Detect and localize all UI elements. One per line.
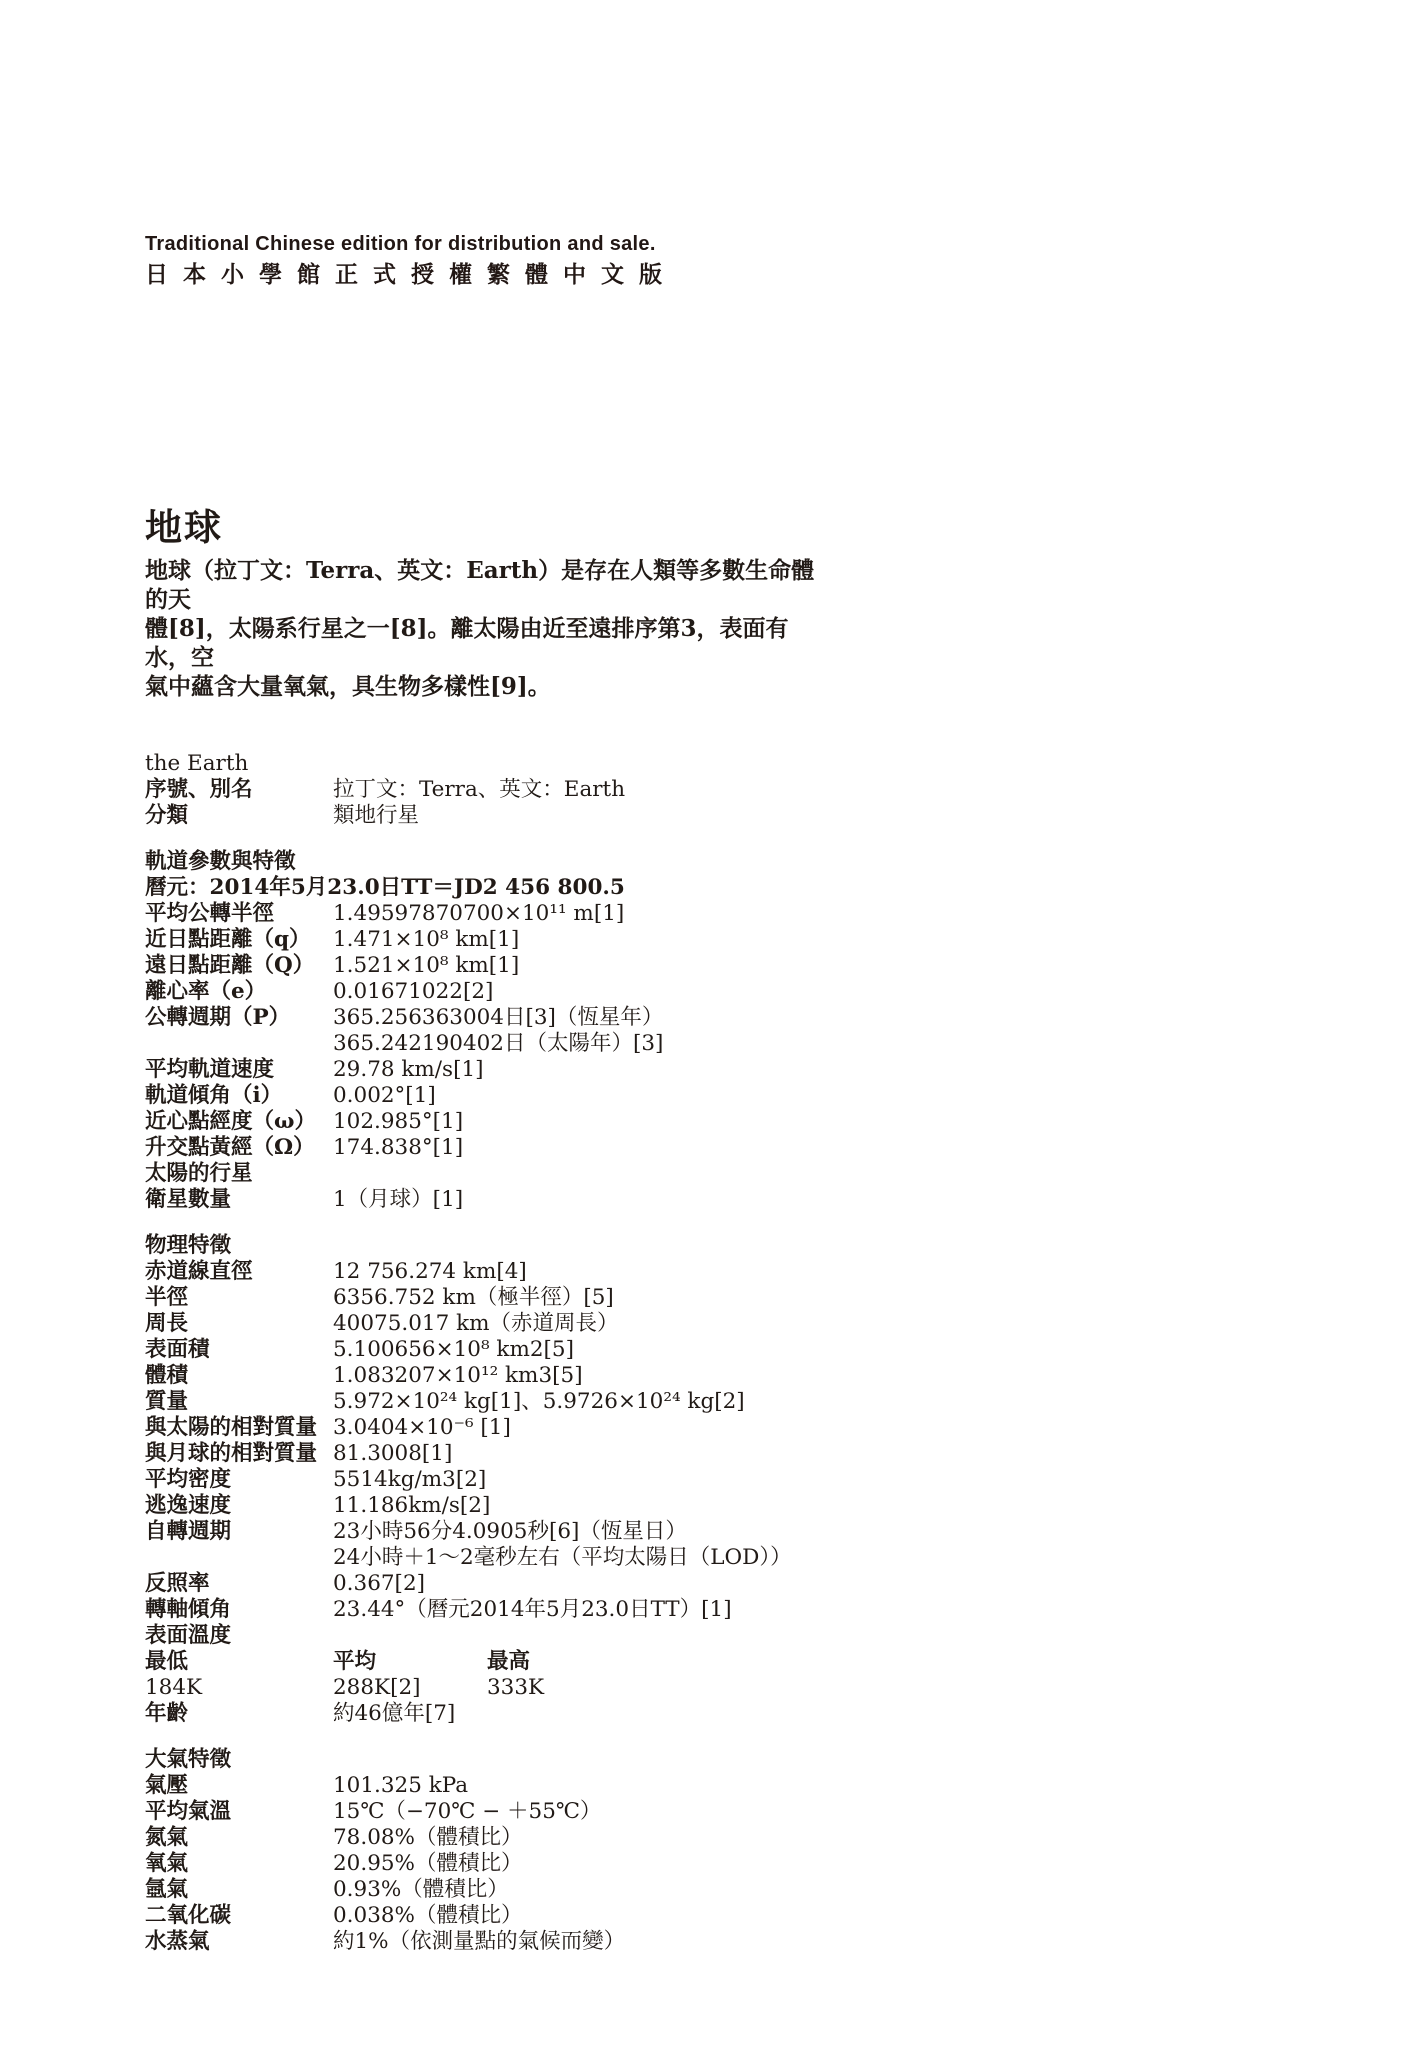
row-value: 11.186km/s[2] [333, 1493, 1342, 1519]
row-label: 半徑 [145, 1285, 333, 1311]
row-value-line2: 24小時＋1～2毫秒左右（平均太陽日（LOD）） [333, 1545, 1342, 1571]
row-value-line1: 23小時56分4.0905秒[6]（恆星日） [333, 1519, 1342, 1545]
row-value: 0.01671022[2] [333, 979, 1342, 1005]
row-value: 1.49597870700×10¹¹ m[1] [333, 901, 1342, 927]
row-label: 水蒸氣 [145, 1929, 333, 1955]
row-orbital-speed: 平均軌道速度 29.78 km/s[1] [145, 1057, 1342, 1083]
row-escape-velocity: 逃逸速度 11.186km/s[2] [145, 1493, 1342, 1519]
row-perihelion: 近日點距離（q） 1.471×10⁸ km[1] [145, 927, 1342, 953]
row-label: 質量 [145, 1389, 333, 1415]
row-value: 類地行星 [333, 803, 1342, 829]
row-label: 近日點距離（q） [145, 927, 333, 953]
temp-col-avg-header: 平均 [333, 1649, 487, 1675]
row-value: 6356.752 km（極半徑）[5] [333, 1285, 1342, 1311]
row-value: 3.0404×10⁻⁶ [1] [333, 1415, 1342, 1441]
row-label: 氣壓 [145, 1773, 333, 1799]
row-semimajor-axis: 平均公轉半徑 1.49597870700×10¹¹ m[1] [145, 901, 1342, 927]
row-pressure: 氣壓 101.325 kPa [145, 1773, 1342, 1799]
infobox-subtitle: the Earth [145, 751, 1342, 777]
row-radius: 半徑 6356.752 km（極半徑）[5] [145, 1285, 1342, 1311]
temp-col-min-header: 最低 [145, 1649, 333, 1675]
row-value: 23.44°（曆元2014年5月23.0日TT）[1] [333, 1597, 1342, 1623]
row-label: 離心率（e） [145, 979, 333, 1005]
row-label: 與月球的相對質量 [145, 1441, 333, 1467]
surface-temperature-label: 表面溫度 [145, 1623, 1342, 1649]
page-title: 地球 [145, 506, 1342, 548]
planet-of-sun-note: 太陽的行星 [145, 1161, 1342, 1187]
row-value: 1.471×10⁸ km[1] [333, 927, 1342, 953]
row-value: 12 756.274 km[4] [333, 1259, 1342, 1285]
row-value: 102.985°[1] [333, 1109, 1342, 1135]
row-mean-temperature: 平均氣溫 15℃（−70℃ − ＋55℃） [145, 1799, 1342, 1825]
row-label: 軌道傾角（i） [145, 1083, 333, 1109]
row-value: 5514kg/m3[2] [333, 1467, 1342, 1493]
temperature-values-row: 184K 288K[2] 333K [145, 1675, 1342, 1701]
row-label: 與太陽的相對質量 [145, 1415, 333, 1441]
row-label: 反照率 [145, 1571, 333, 1597]
row-value: 15℃（−70℃ − ＋55℃） [333, 1799, 1342, 1825]
row-label: 體積 [145, 1363, 333, 1389]
row-label: 轉軸傾角 [145, 1597, 333, 1623]
row-rotation-period: 自轉週期 23小時56分4.0905秒[6]（恆星日）24小時＋1～2毫秒左右（… [145, 1519, 1342, 1571]
row-label: 近心點經度（ω） [145, 1109, 333, 1135]
row-value: 23小時56分4.0905秒[6]（恆星日）24小時＋1～2毫秒左右（平均太陽日… [333, 1519, 1342, 1571]
row-label: 分類 [145, 803, 333, 829]
temp-min-value: 184K [145, 1675, 333, 1701]
row-ascending-node: 升交點黃經（Ω） 174.838°[1] [145, 1135, 1342, 1161]
row-satellites: 衛星數量 1（月球）[1] [145, 1187, 1342, 1213]
row-mass: 質量 5.972×10²⁴ kg[1]、5.9726×10²⁴ kg[2] [145, 1389, 1342, 1415]
row-value: 0.93%（體積比） [333, 1877, 1342, 1903]
row-label: 年齡 [145, 1701, 333, 1727]
row-value: 0.002°[1] [333, 1083, 1342, 1109]
row-aphelion: 遠日點距離（Q） 1.521×10⁸ km[1] [145, 953, 1342, 979]
temp-avg-value: 288K[2] [333, 1675, 487, 1701]
row-value: 約1%（依測量點的氣候而變） [333, 1929, 1342, 1955]
row-value: 365.256363004日[3]（恆星年）365.242190402日（太陽年… [333, 1005, 1342, 1057]
planet-infobox: the Earth 序號、別名 拉丁文：Terra、英文：Earth 分類 類地… [145, 751, 1342, 1955]
row-value: 40075.017 km（赤道周長） [333, 1311, 1342, 1337]
row-mean-density: 平均密度 5514kg/m3[2] [145, 1467, 1342, 1493]
row-classification: 分類 類地行星 [145, 803, 1342, 829]
row-eccentricity: 離心率（e） 0.01671022[2] [145, 979, 1342, 1005]
row-water-vapor: 水蒸氣 約1%（依測量點的氣候而變） [145, 1929, 1342, 1955]
row-albedo: 反照率 0.367[2] [145, 1571, 1342, 1597]
section-heading-orbital: 軌道參數與特徵 [145, 849, 1342, 875]
row-value: 5.972×10²⁴ kg[1]、5.9726×10²⁴ kg[2] [333, 1389, 1342, 1415]
row-label: 升交點黃經（Ω） [145, 1135, 333, 1161]
row-inclination: 軌道傾角（i） 0.002°[1] [145, 1083, 1342, 1109]
row-mass-relative-sun: 與太陽的相對質量 3.0404×10⁻⁶ [1] [145, 1415, 1342, 1441]
temp-col-max-header: 最高 [487, 1649, 1342, 1675]
row-value: 174.838°[1] [333, 1135, 1342, 1161]
row-value: 5.100656×10⁸ km2[5] [333, 1337, 1342, 1363]
row-oxygen: 氧氣 20.95%（體積比） [145, 1851, 1342, 1877]
row-value: 0.038%（體積比） [333, 1903, 1342, 1929]
license-header: Traditional Chinese edition for distribu… [145, 232, 1342, 288]
row-value: 1（月球）[1] [333, 1187, 1342, 1213]
row-label: 衛星數量 [145, 1187, 333, 1213]
row-value: 約46億年[7] [333, 1701, 1342, 1727]
row-label: 表面積 [145, 1337, 333, 1363]
row-value: 拉丁文：Terra、英文：Earth [333, 777, 1342, 803]
temp-max-value: 333K [487, 1675, 1342, 1701]
row-axial-tilt: 轉軸傾角 23.44°（曆元2014年5月23.0日TT）[1] [145, 1597, 1342, 1623]
row-value-line2: 365.242190402日（太陽年）[3] [333, 1031, 1342, 1057]
row-argon: 氬氣 0.93%（體積比） [145, 1877, 1342, 1903]
row-label: 序號、別名 [145, 777, 333, 803]
row-label: 二氧化碳 [145, 1903, 333, 1929]
row-label: 平均軌道速度 [145, 1057, 333, 1083]
row-circumference: 周長 40075.017 km（赤道周長） [145, 1311, 1342, 1337]
row-nitrogen: 氮氣 78.08%（體積比） [145, 1825, 1342, 1851]
row-label: 氬氣 [145, 1877, 333, 1903]
row-value-line1: 365.256363004日[3]（恆星年） [333, 1005, 1342, 1031]
document-page: Traditional Chinese edition for distribu… [0, 0, 1422, 2048]
row-label: 公轉週期（P） [145, 1005, 333, 1031]
row-label: 周長 [145, 1311, 333, 1337]
row-label: 逃逸速度 [145, 1493, 333, 1519]
row-label: 平均密度 [145, 1467, 333, 1493]
row-label: 氧氣 [145, 1851, 333, 1877]
row-label: 平均氣溫 [145, 1799, 333, 1825]
row-label: 氮氣 [145, 1825, 333, 1851]
row-label: 自轉週期 [145, 1519, 333, 1545]
row-value: 20.95%（體積比） [333, 1851, 1342, 1877]
row-label: 赤道線直徑 [145, 1259, 333, 1285]
row-label: 遠日點距離（Q） [145, 953, 333, 979]
row-equatorial-diameter: 赤道線直徑 12 756.274 km[4] [145, 1259, 1342, 1285]
row-volume: 體積 1.083207×10¹² km3[5] [145, 1363, 1342, 1389]
row-surface-area: 表面積 5.100656×10⁸ km2[5] [145, 1337, 1342, 1363]
row-orbital-period: 公轉週期（P） 365.256363004日[3]（恆星年）365.242190… [145, 1005, 1342, 1057]
row-value: 101.325 kPa [333, 1773, 1342, 1799]
row-value: 1.083207×10¹² km3[5] [333, 1363, 1342, 1389]
epoch-line: 曆元：2014年5月23.0日TT＝JD2 456 800.5 [145, 875, 1342, 901]
license-line-chinese: 日本小學館正式授權繁體中文版 [145, 260, 1342, 288]
row-value: 81.3008[1] [333, 1441, 1342, 1467]
intro-paragraph: 地球（拉丁文：Terra、英文：Earth）是存在人類等多數生命體的天 體[8]… [145, 556, 825, 701]
temperature-header-row: 最低 平均 最高 [145, 1649, 1342, 1675]
row-argument-of-perihelion: 近心點經度（ω） 102.985°[1] [145, 1109, 1342, 1135]
section-heading-physical: 物理特徵 [145, 1233, 1342, 1259]
row-label: 平均公轉半徑 [145, 901, 333, 927]
row-value: 1.521×10⁸ km[1] [333, 953, 1342, 979]
row-age: 年齡 約46億年[7] [145, 1701, 1342, 1727]
row-designation: 序號、別名 拉丁文：Terra、英文：Earth [145, 777, 1342, 803]
section-heading-atmosphere: 大氣特徵 [145, 1747, 1342, 1773]
row-carbon-dioxide: 二氧化碳 0.038%（體積比） [145, 1903, 1342, 1929]
row-value: 29.78 km/s[1] [333, 1057, 1342, 1083]
row-value: 78.08%（體積比） [333, 1825, 1342, 1851]
row-value: 0.367[2] [333, 1571, 1342, 1597]
row-mass-relative-moon: 與月球的相對質量 81.3008[1] [145, 1441, 1342, 1467]
license-line-english: Traditional Chinese edition for distribu… [145, 232, 1342, 256]
